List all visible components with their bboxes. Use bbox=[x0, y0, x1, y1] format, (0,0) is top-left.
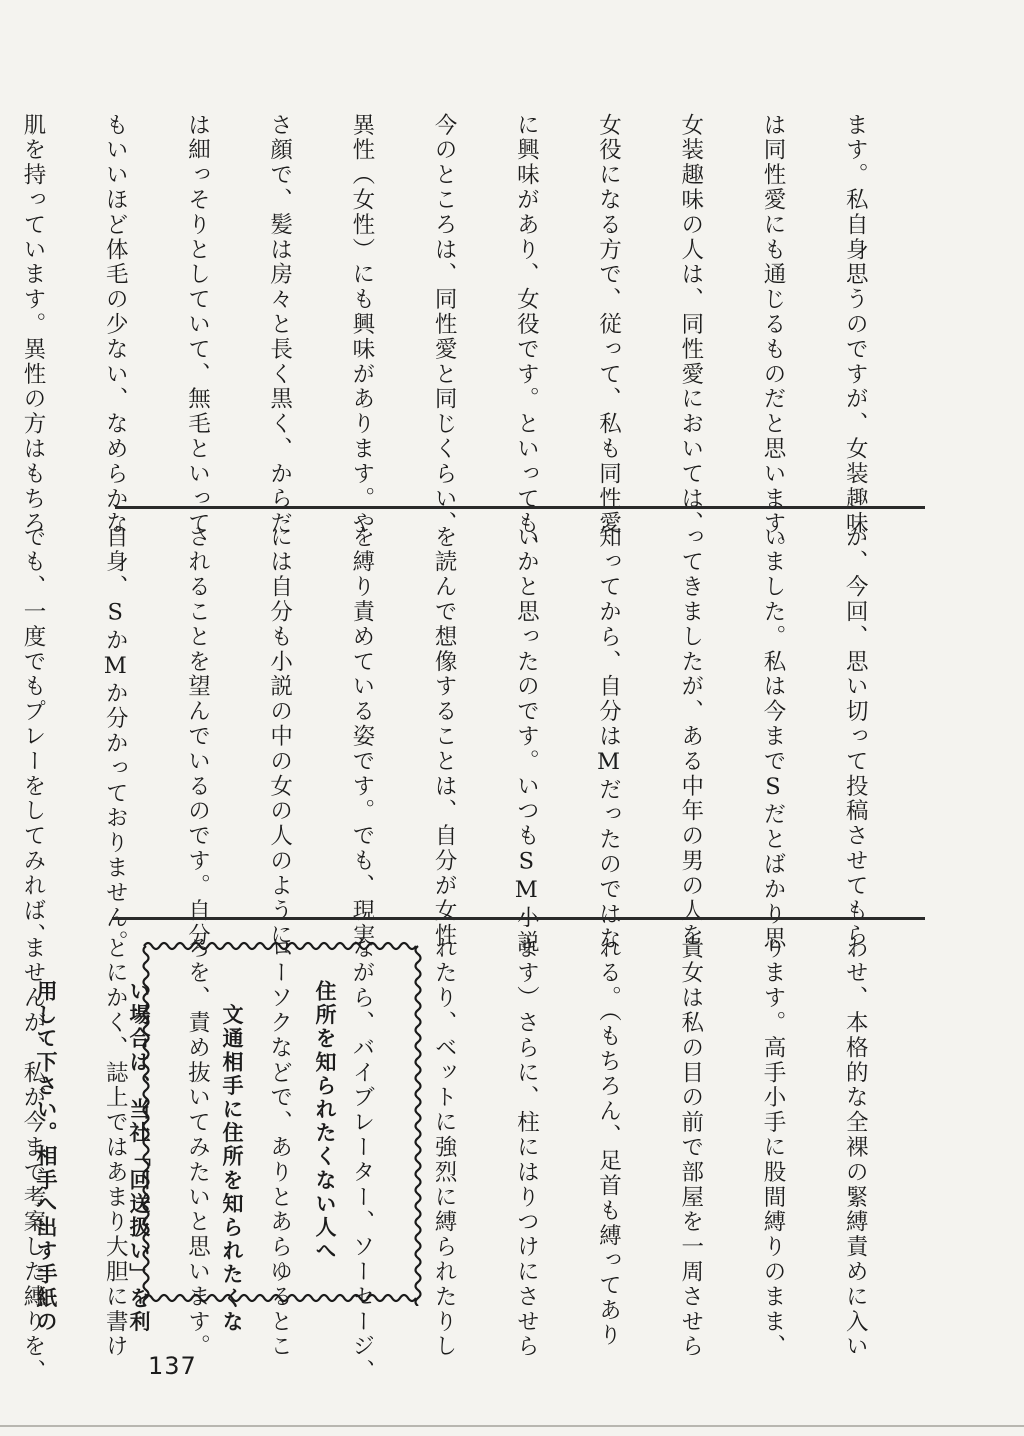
text-column: 自身、SかMか分かっておりません。 bbox=[101, 525, 128, 905]
text-column: が、今回、思い切って投稿させてもら bbox=[841, 525, 868, 905]
text-column: は同性愛にも通じるものだと思います。 bbox=[759, 113, 786, 493]
text-column: 知ってから、自分はMだったのではな bbox=[594, 525, 621, 905]
text-column: れる。（もちろん、足首も縛ってあり bbox=[594, 936, 621, 1316]
text-column: いかと思ったのです。いつもSM小説 bbox=[512, 525, 539, 905]
text-column: いました。私は今までSだとばかり思 bbox=[759, 525, 786, 905]
text-column: ます。私自身思うのですが、女装趣味 bbox=[841, 113, 868, 493]
text-column: 貴女は私の目の前で部屋を一周させら bbox=[676, 936, 703, 1316]
text-column: 女役になる方で、従って、私も同性愛 bbox=[594, 113, 621, 493]
section-divider bbox=[115, 506, 925, 509]
page-number: 137 bbox=[148, 1352, 197, 1380]
text-column: 女装趣味の人は、同性愛においては、 bbox=[676, 113, 703, 493]
text-column: 肌を持っています。異性の方はもちろ bbox=[19, 113, 46, 493]
notice-line: 用して下さい。相手へ出す手紙の bbox=[30, 980, 61, 1334]
text-column: には自分も小説の中の女の人のように、 bbox=[265, 525, 292, 905]
section-divider bbox=[112, 917, 925, 920]
text-column: されることを望んでいるのです。自分 bbox=[183, 525, 210, 905]
text-column: に興味があり、女役です。といっても、 bbox=[512, 113, 539, 493]
text-column: れたり、ベットに強烈に縛られたりし bbox=[430, 936, 457, 1316]
text-column: わせ、本格的な全裸の緊縛責めに入い bbox=[841, 936, 868, 1316]
text-column: は細っそりとしていて、無毛といって bbox=[183, 113, 210, 493]
text-column: もいいほど体毛の少ない、なめらかな bbox=[101, 113, 128, 493]
notice-text: 住所を知られたくない人へ 文通相手に住所を知られたくな い場合は、当社「回送扱い… bbox=[0, 980, 402, 1334]
notice-box-forwarding-service: 住所を知られたくない人へ 文通相手に住所を知られたくな い場合は、当社「回送扱い… bbox=[138, 938, 426, 1306]
notice-heading: 住所を知られたくない人へ bbox=[309, 980, 340, 1334]
text-column: 異性（女性）にも興味があります。や bbox=[347, 113, 374, 493]
notice-line: い場合は、当社「回送扱い」を利 bbox=[123, 980, 154, 1334]
text-column: ってきましたが、ある中年の男の人を bbox=[676, 525, 703, 905]
text-column: さ顔で、髪は房々と長く黒く、からだ bbox=[265, 113, 292, 493]
text-column: 今のところは、同性愛と同じくらい、 bbox=[430, 113, 457, 493]
page-bottom-edge bbox=[0, 1425, 1024, 1427]
text-column: でも、一度でもプレーをしてみれば、 bbox=[19, 525, 46, 905]
notice-line: 文通相手に住所を知られたくな bbox=[216, 980, 247, 1334]
text-column: ます）さらに、柱にはりつけにさせら bbox=[512, 936, 539, 1316]
letters-section-1: ます。私自身思うのですが、女装趣味 は同性愛にも通じるものだと思います。 女装趣… bbox=[0, 113, 923, 493]
text-column: を縛り責めている姿です。でも、現実 bbox=[347, 525, 374, 905]
letters-section-2: が、今回、思い切って投稿させてもら いました。私は今までSだとばかり思 ってきま… bbox=[0, 525, 923, 905]
text-column: ります。高手小手に股間縛りのまま、 bbox=[759, 936, 786, 1316]
text-column: を読んで想像することは、自分が女性 bbox=[430, 525, 457, 905]
